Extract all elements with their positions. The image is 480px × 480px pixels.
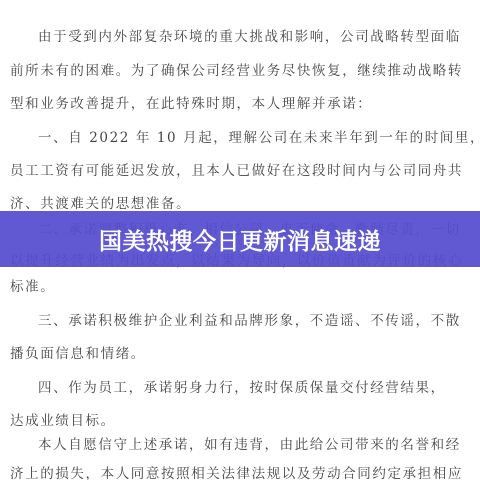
document-line: 本人自愿信守上述承诺，如有违背，由此给公司带来的名誉和经 xyxy=(38,437,458,453)
document-line: 标准。 xyxy=(10,279,430,295)
document-line: 四、作为员工，承诺躬身力行，按时保质保量交付经营结果， xyxy=(38,380,458,396)
banner-title: 国美热搜今日更新消息速递 xyxy=(99,223,381,256)
document-line: 播负面信息和情绪。 xyxy=(10,346,430,362)
document-line: 型和业务改善提升，在此特殊时期，本人理解并承诺： xyxy=(10,96,430,112)
document-line: 一、自 2022 年 10 月起，理解公司在未来半年到一年的时间里， xyxy=(38,130,458,146)
document-line: 济上的损失，本人同意按照相关法律法规以及劳动合同约定承担相应 xyxy=(10,466,430,480)
document-line: 达成业绩目标。 xyxy=(10,413,430,429)
document-line: 济、共渡难关的思想准备。 xyxy=(10,196,430,212)
document-line: 三、承诺积极维护企业利益和品牌形象，不造谣、不传谣，不散 xyxy=(38,313,458,329)
headline-banner: 国美热搜今日更新消息速递 xyxy=(0,211,480,267)
document-line: 前所未有的困难。为了确保公司经营业务尽快恢复，继续推动战略转 xyxy=(10,63,430,79)
document-line: 员工工资有可能延迟发放，且本人已做好在这段时间内与公司同舟共 xyxy=(10,163,430,179)
document-line: 由于受到内外部复杂环境的重大挑战和影响，公司战略转型面临 xyxy=(38,29,458,45)
